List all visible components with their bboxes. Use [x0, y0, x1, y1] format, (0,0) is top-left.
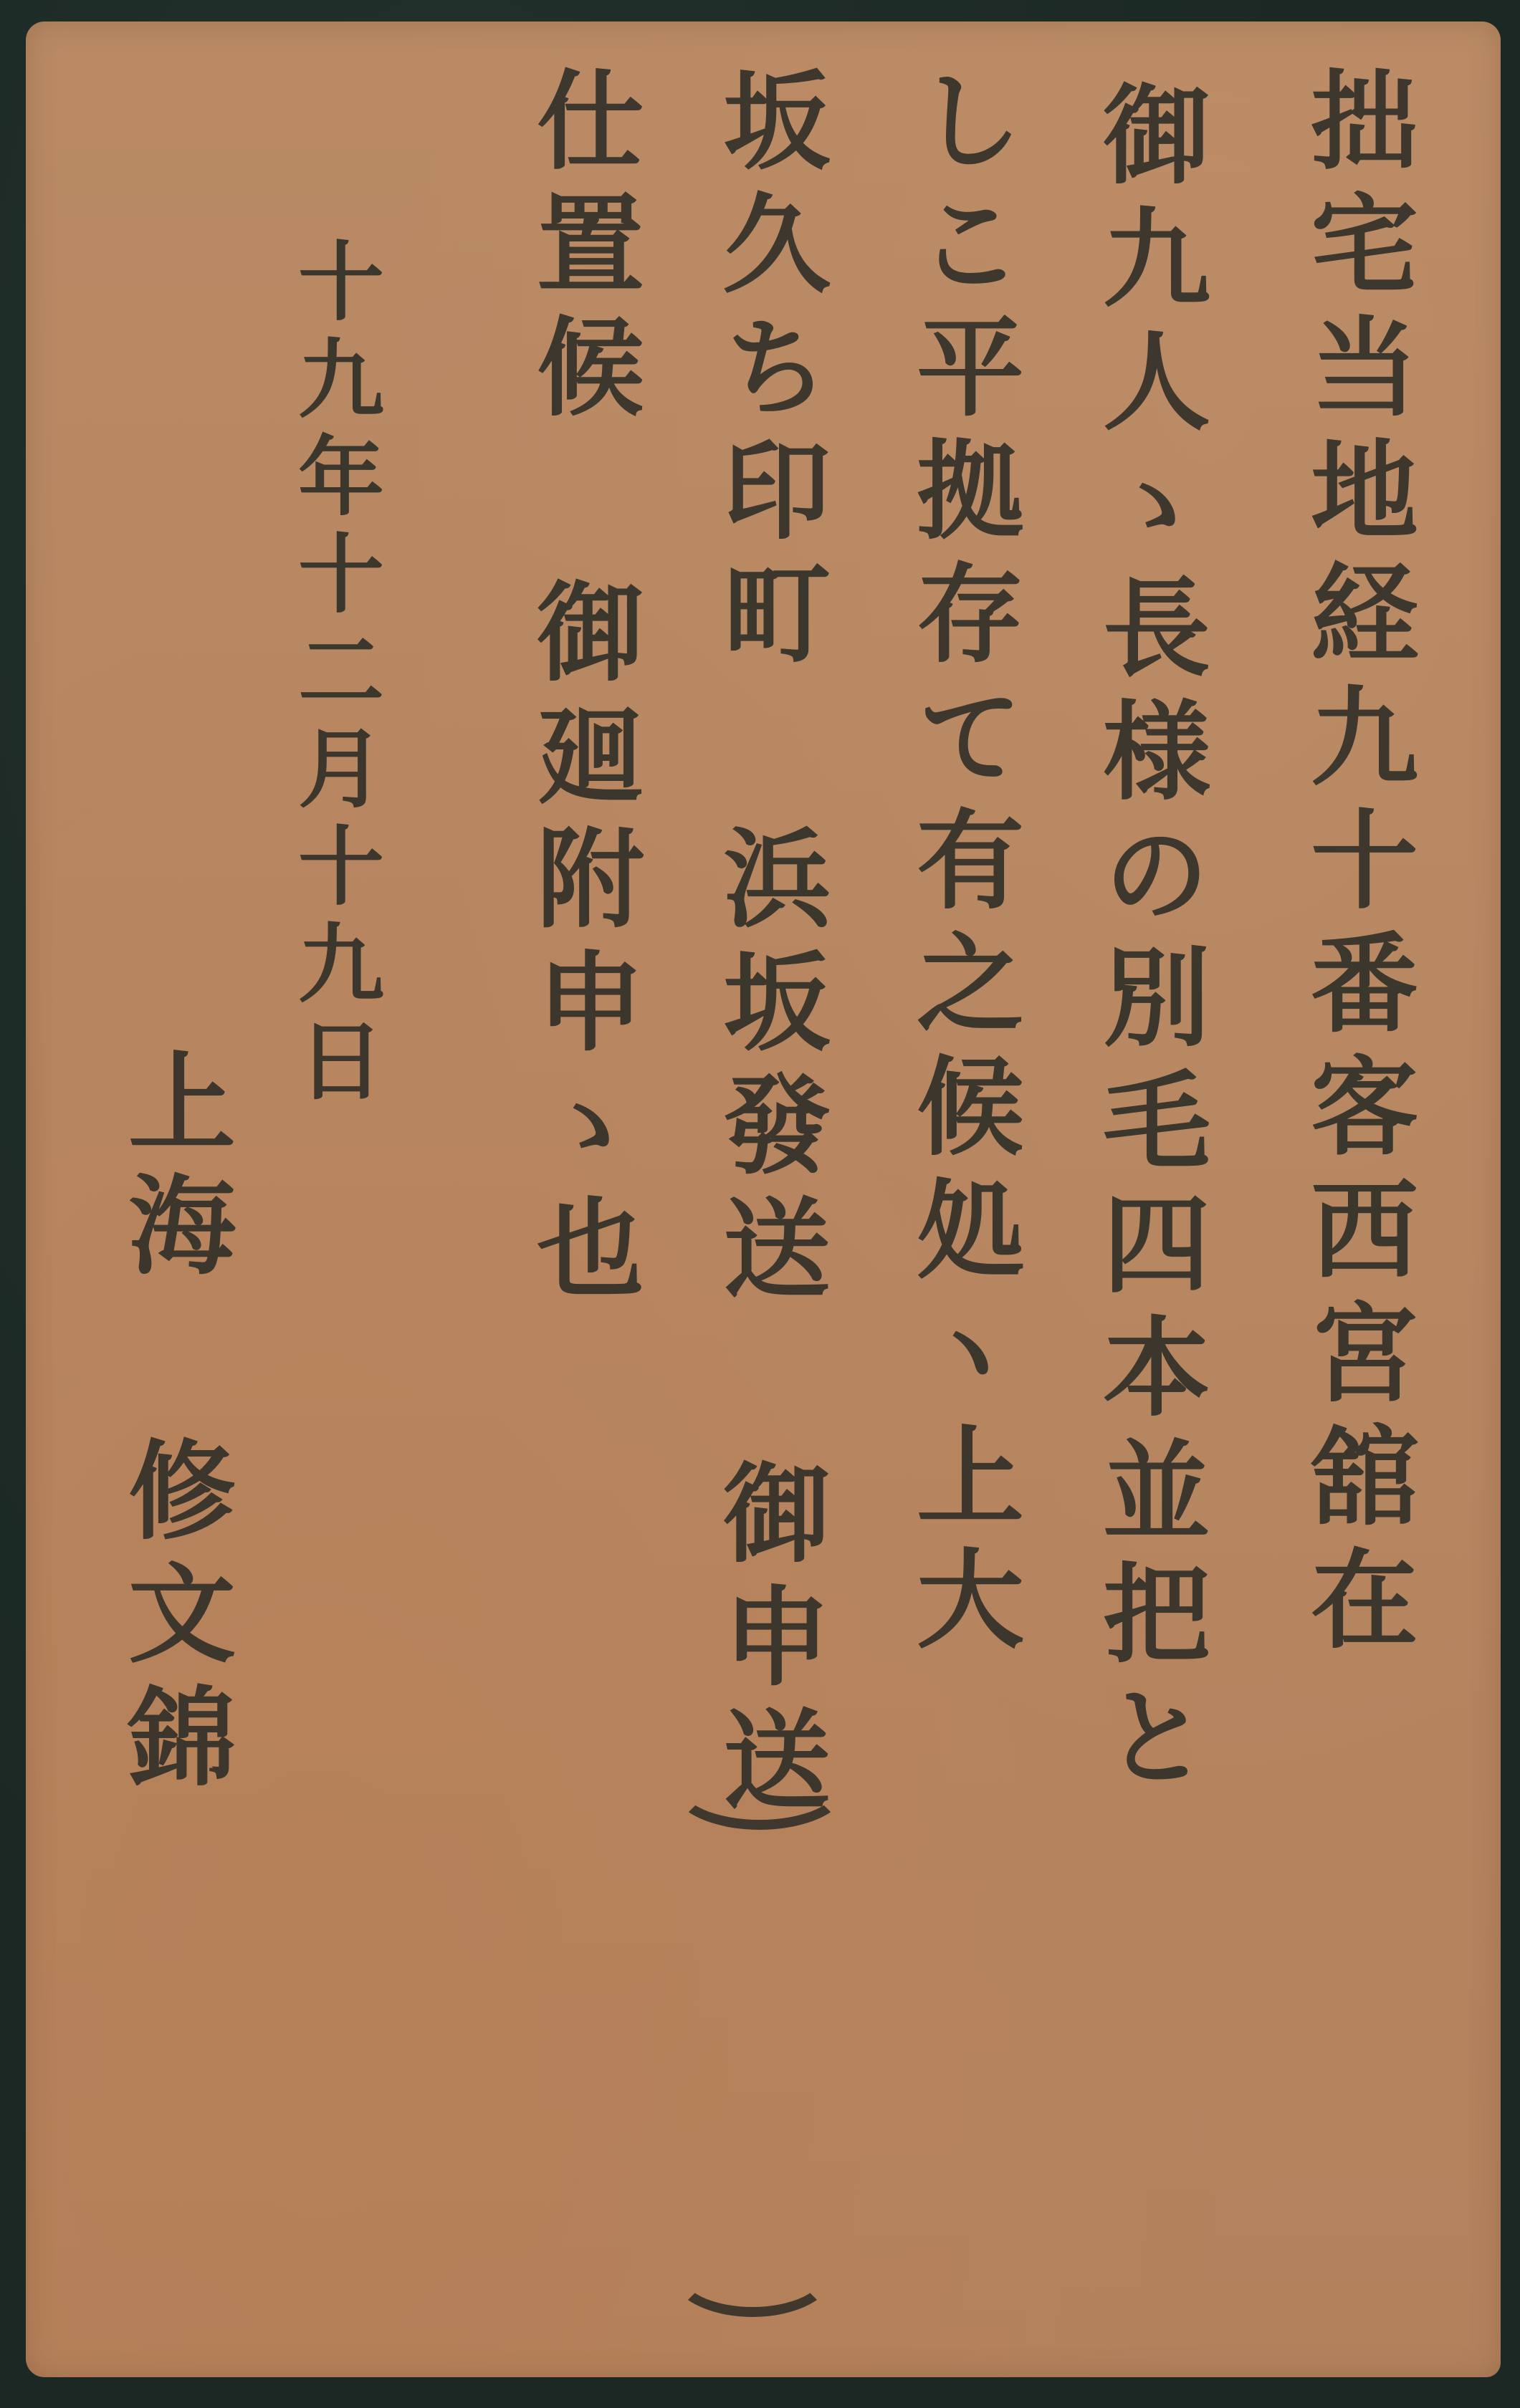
letter-column-3: しこ平拠存て有之候処ヽ上大	[907, 64, 1015, 2321]
bracket-mark-lower	[671, 2228, 834, 2317]
letter-column-5: 仕置候 御廻附申ゝ也	[527, 64, 635, 1999]
letter-column-1: 拙宅当地経九十番客西宮舘在	[1301, 64, 1409, 2321]
letter-column-4: 坂久ち印町 浜坂發送 御申送	[714, 64, 821, 2321]
sender-signature: 上海 修文錦	[119, 1046, 226, 2192]
date-line: 十九年十二月十九日	[291, 236, 377, 1311]
bracket-mark-upper	[671, 1741, 849, 1830]
letter-column-2: 御九人ゝ長様の別毛四本並把と	[1094, 79, 1201, 2336]
postcard-paper: 拙宅当地経九十番客西宮舘在 御九人ゝ長様の別毛四本並把と しこ平拠存て有之候処ヽ…	[26, 21, 1501, 2377]
